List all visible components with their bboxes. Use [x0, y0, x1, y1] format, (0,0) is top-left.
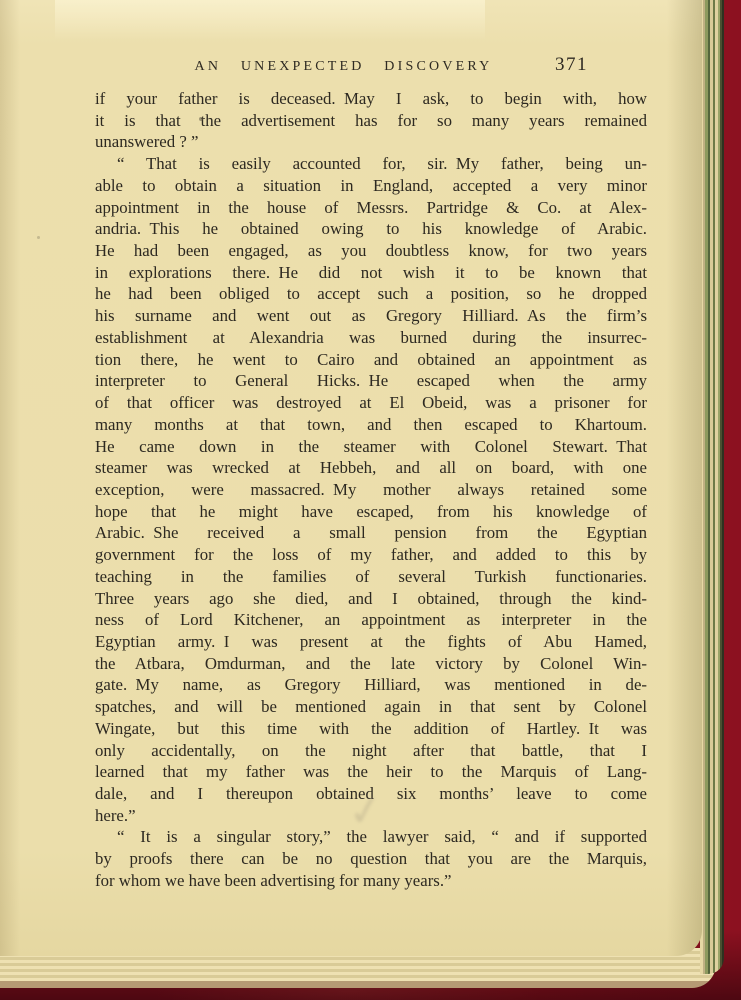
text-line: andria. This he obtained owing to his kn…: [95, 218, 647, 240]
text-line: ness of Lord Kitchener, an appointment a…: [95, 609, 647, 631]
text-line: by proofs there can be no question that …: [95, 848, 647, 870]
text-line: Arabic. She received a small pension fro…: [95, 522, 647, 544]
text-line: only accidentally, on the night after th…: [95, 740, 647, 762]
text-line: interpreter to General Hicks. He escaped…: [95, 370, 647, 392]
text-line: “ That is easily accounted for, sir. My …: [95, 153, 647, 175]
text-line: exception, were massacred. My mother alw…: [95, 479, 647, 501]
paper-speck: [37, 236, 40, 239]
text-line: Wingate, but this time with the addition…: [95, 718, 647, 740]
text-line: tion there, he went to Cairo and obtaine…: [95, 349, 647, 371]
text-line: if your father is deceased. May I ask, t…: [95, 88, 647, 110]
text-line: of that officer was destroyed at El Obei…: [95, 392, 647, 414]
text-line: appointment in the house of Messrs. Part…: [95, 197, 647, 219]
ink-smudge: ✓: [345, 784, 387, 837]
text-line: it is that the advertisement has for so …: [95, 110, 647, 132]
page-header: AN UNEXPECTED DISCOVERY 371: [95, 59, 648, 81]
text-line: able to obtain a situation in England, a…: [95, 175, 647, 197]
book-page: AN UNEXPECTED DISCOVERY 371 if your fath…: [0, 0, 702, 956]
text-line: government for the loss of my father, an…: [95, 544, 647, 566]
text-line: spatches, and will be mentioned again in…: [95, 696, 647, 718]
running-title: AN UNEXPECTED DISCOVERY: [67, 59, 620, 75]
text-line: He came down in the steamer with Colonel…: [95, 436, 647, 458]
text-line: he had been obliged to accept such a pos…: [95, 283, 647, 305]
text-line: gate. My name, as Gregory Hilliard, was …: [95, 674, 647, 696]
page-stack-right-edge: [700, 0, 724, 974]
text-line: in explorations there. He did not wish i…: [95, 262, 647, 284]
text-line: his surname and went out as Gregory Hill…: [95, 305, 647, 327]
text-line: many months at that town, and then escap…: [95, 414, 647, 436]
book-cover: AN UNEXPECTED DISCOVERY 371 if your fath…: [0, 0, 741, 1000]
text-line: steamer was wrecked at Hebbeh, and all o…: [95, 457, 647, 479]
page-number: 371: [555, 54, 588, 76]
paper-speck: [199, 117, 203, 121]
text-line: for whom we have been advertising for ma…: [95, 870, 647, 892]
text-line: teaching in the families of several Turk…: [95, 566, 647, 588]
text-line: He had been engaged, as you doubtless kn…: [95, 240, 647, 262]
text-line: learned that my father was the heir to t…: [95, 761, 647, 783]
text-line: establishment at Alexandria was burned d…: [95, 327, 647, 349]
text-line: Egyptian army. I was present at the figh…: [95, 631, 647, 653]
text-line: unanswered ? ”: [95, 131, 647, 153]
text-line: hope that he might have escaped, from hi…: [95, 501, 647, 523]
page-text: if your father is deceased. May I ask, t…: [95, 88, 647, 892]
text-line: the Atbara, Omdurman, and the late victo…: [95, 653, 647, 675]
text-line: Three years ago she died, and I obtained…: [95, 588, 647, 610]
